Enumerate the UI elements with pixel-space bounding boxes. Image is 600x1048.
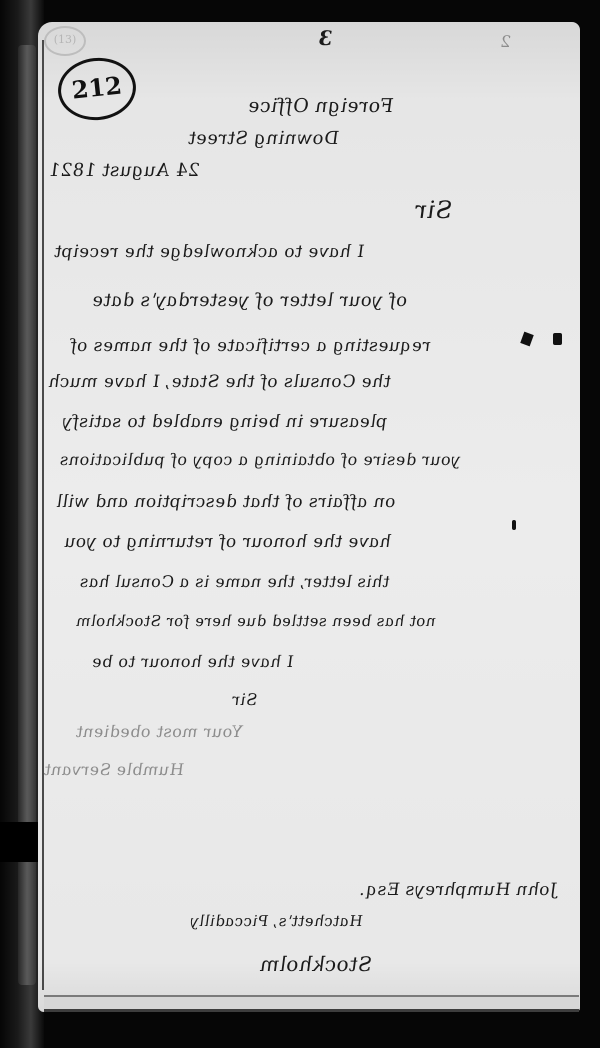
heading-date: 24 August 1821 <box>45 160 203 181</box>
body-line: pleasure in being enabled to satisfy <box>59 412 391 432</box>
closing-line: Your most obedient <box>73 722 245 741</box>
body-line: requesting a certificate of the names of <box>67 336 434 356</box>
body-line: have the honour of returning to you <box>61 532 394 552</box>
address-line2: Hatchett's, Piccadilly <box>187 912 365 930</box>
address-line3: Stockholm <box>256 952 376 976</box>
body-line: this letter, the name is a Consul has <box>77 572 393 591</box>
page-bottom-edge <box>44 995 579 1012</box>
body-line: of your letter of yesterday's date <box>89 290 411 311</box>
body-line: I have the honour to be <box>89 652 297 671</box>
page-margin-line <box>42 40 44 990</box>
faint-stamp: (13) <box>44 26 86 56</box>
body-line: your desire of obtaining a copy of publi… <box>57 450 464 469</box>
body-line: not has been settled due here for Stockh… <box>73 612 439 630</box>
body-line: I have to acknowledge the receipt <box>51 242 367 262</box>
heading-place-line2: Downing Street <box>185 128 342 149</box>
margin-mark <box>512 520 516 530</box>
body-line: on affairs of that description and will <box>53 492 399 512</box>
body-line: the Consuls of the State, I have much <box>45 372 394 392</box>
closing-line: Humble Servant <box>41 760 187 779</box>
heading-place-line1: Foreign Office <box>244 95 396 117</box>
margin-mark <box>553 333 562 345</box>
address-line1: John Humphreys Esq. <box>357 880 560 900</box>
